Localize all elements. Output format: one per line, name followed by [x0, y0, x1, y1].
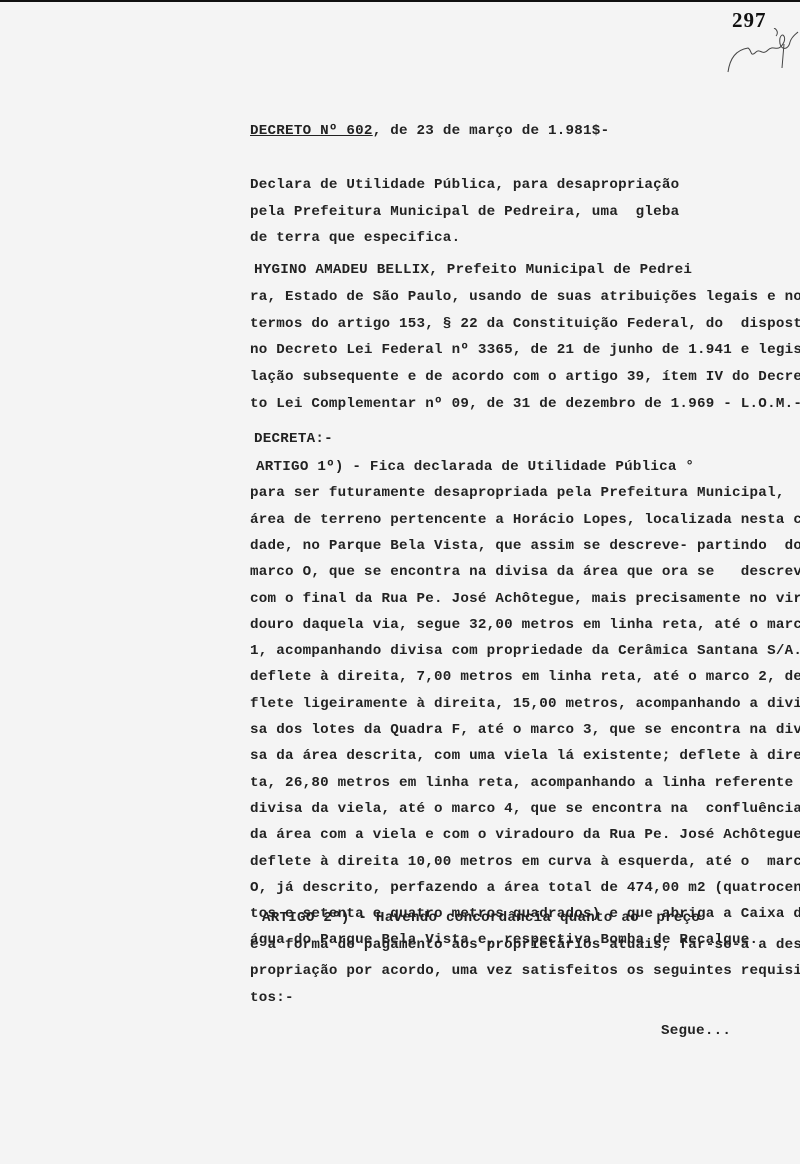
preamble-line: ra, Estado de São Paulo, usando de suas …	[250, 290, 800, 304]
artigo-1-line: 1, acompanhando divisa com propriedade d…	[250, 644, 800, 658]
scan-top-edge	[0, 0, 800, 2]
artigo-1-line: O, já descrito, perfazendo a área total …	[250, 881, 800, 895]
preamble-line: no Decreto Lei Federal nº 3365, de 21 de…	[250, 343, 800, 357]
artigo-1-line: dade, no Parque Bela Vista, que assim se…	[250, 539, 800, 553]
artigo-1-line: flete ligeiramente à direita, 15,00 metr…	[250, 697, 800, 711]
decree-heading: DECRETO Nº 602, de 23 de março de 1.981$…	[250, 124, 609, 138]
decree-number: DECRETO Nº 602	[250, 123, 373, 139]
artigo-2-line: ARTIGO 2º) - Havendo concordância quanto…	[262, 911, 700, 925]
ementa-line: pela Prefeitura Municipal de Pedreira, u…	[250, 205, 679, 219]
artigo-1-line: marco O, que se encontra na divisa da ár…	[250, 565, 800, 579]
artigo-1-line: deflete à direita 10,00 metros em curva …	[250, 855, 800, 869]
artigo-1-line: sa dos lotes da Quadra F, até o marco 3,…	[250, 723, 800, 737]
ementa-line: Declara de Utilidade Pública, para desap…	[250, 178, 679, 192]
ementa-line: de terra que especifica.	[250, 231, 460, 245]
preamble-line: termos do artigo 153, § 22 da Constituiç…	[250, 317, 800, 331]
artigo-1-line: da área com a viela e com o viradouro da…	[250, 828, 800, 842]
artigo-1-line: deflete à direita, 7,00 metros em linha …	[250, 670, 800, 684]
artigo-2-line: tos:-	[250, 991, 294, 1005]
preamble-line: HYGINO AMADEU BELLIX, Prefeito Municipal…	[254, 263, 692, 277]
handwritten-initials-icon	[722, 28, 800, 76]
preamble-line: to Lei Complementar nº 09, de 31 de deze…	[250, 397, 800, 411]
decreta-heading: DECRETA:-	[254, 432, 333, 446]
artigo-1-line: ARTIGO 1º) - Fica declarada de Utilidade…	[256, 460, 694, 474]
artigo-1-line: ta, 26,80 metros em linha reta, acompanh…	[250, 776, 800, 790]
artigo-1-line: douro daquela via, segue 32,00 metros em…	[250, 618, 800, 632]
artigo-1-line: para ser futuramente desapropriada pela …	[250, 486, 800, 500]
artigo-1-line: com o final da Rua Pe. José Achôtegue, m…	[250, 592, 800, 606]
artigo-2-line: propriação por acordo, uma vez satisfeit…	[250, 964, 800, 978]
artigo-1-line: área de terreno pertencente a Horácio Lo…	[250, 513, 800, 527]
artigo-2-line: e a forma de pagamento aos proprietários…	[250, 938, 800, 952]
preamble-line: lação subsequente e de acordo com o arti…	[250, 370, 800, 384]
continuation-note: Segue...	[661, 1024, 731, 1038]
artigo-1-line: sa da área descrita, com uma viela lá ex…	[250, 749, 800, 763]
artigo-1-line: divisa da viela, até o marco 4, que se e…	[250, 802, 800, 816]
decree-date: , de 23 de março de 1.981$-	[373, 123, 610, 139]
